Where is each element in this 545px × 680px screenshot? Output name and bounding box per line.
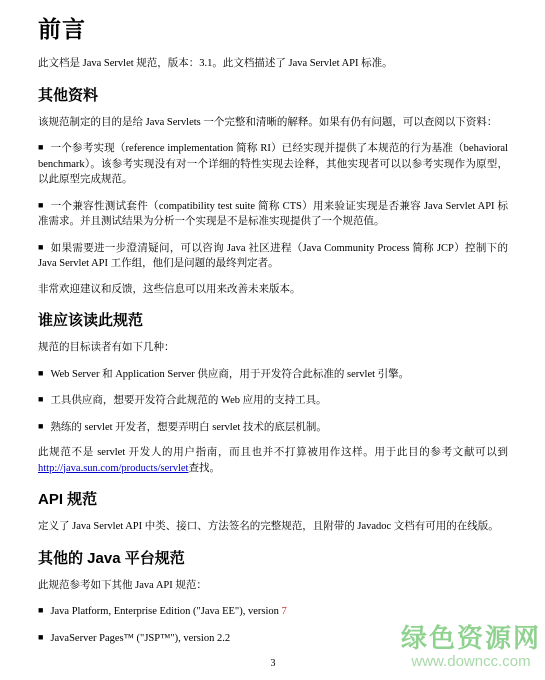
page-title: 前言 <box>38 16 508 43</box>
list-item: ■熟练的 servlet 开发者，想要弄明白 servlet 技术的底层机制。 <box>38 419 508 436</box>
bullet-text: 一个兼容性测试套件（compatibility test suite 简称 CT… <box>38 201 508 228</box>
list-item: ■Java Platform, Enterprise Edition ("Jav… <box>38 603 508 620</box>
bullet-text: 熟练的 servlet 开发者，想要弄明白 servlet 技术的底层机制。 <box>50 422 326 433</box>
bullet-text: Java Platform, Enterprise Edition ("Java… <box>50 606 281 617</box>
bullet-text: 工具供应商，想要开发符合此规范的 Web 应用的支持工具。 <box>50 395 326 406</box>
bullet-square-icon: ■ <box>38 392 43 408</box>
watermark-site-name: 绿色资源网 <box>401 625 541 652</box>
section-heading-api-spec: API 规范 <box>38 491 508 508</box>
list-item: ■Web Server 和 Application Server 供应商，用于开… <box>38 366 508 383</box>
api-spec-paragraph: 定义了 Java Servlet API 中类、接口、方法签名的完整规范，且附带… <box>38 519 508 535</box>
list-item: ■如果需要进一步澄清疑问，可以咨询 Java 社区进程（Java Communi… <box>38 240 508 272</box>
bullet-text: 一个参考实现（reference implementation 简称 RI）已经… <box>38 143 508 185</box>
list-item: ■工具供应商，想要开发符合此规范的 Web 应用的支持工具。 <box>38 392 508 409</box>
intro-paragraph: 此文档是 Java Servlet 规范，版本：3.1。此文档描述了 Java … <box>38 56 508 72</box>
watermark-site-url: www.downcc.com <box>401 654 541 670</box>
bullet-text: JavaServer Pages™ ("JSP™"), version 2.2 <box>50 633 230 644</box>
bullet-square-icon: ■ <box>38 366 43 382</box>
document-page: 前言 此文档是 Java Servlet 规范，版本：3.1。此文档描述了 Ja… <box>0 0 545 680</box>
bullet-square-icon: ■ <box>38 419 43 435</box>
bullet-square-icon: ■ <box>38 630 43 646</box>
bullet-text: Web Server 和 Application Server 供应商，用于开发… <box>50 369 409 380</box>
list-item: ■一个参考实现（reference implementation 简称 RI）已… <box>38 140 508 188</box>
feedback-paragraph: 非常欢迎建议和反馈，这些信息可以用来改善未来版本。 <box>38 282 508 298</box>
note-after-link: 查找。 <box>188 463 220 474</box>
other-resources-lead: 该规范制定的目的是给 Java Servlets 一个完整和清晰的解释。如果有仍… <box>38 115 508 131</box>
who-should-read-lead: 规范的目标读者有如下几种： <box>38 340 508 356</box>
watermark: 绿色资源网 www.downcc.com <box>401 625 541 670</box>
servlet-products-link[interactable]: http://java.sun.com/products/servlet <box>38 463 188 474</box>
bullet-square-icon: ■ <box>38 603 43 619</box>
bullet-square-icon: ■ <box>38 198 43 214</box>
section-heading-who-should-read: 谁应该读此规范 <box>38 312 508 329</box>
section-heading-other-resources: 其他资料 <box>38 87 508 104</box>
version-number-highlight: 7 <box>282 606 287 617</box>
other-java-specs-lead: 此规范参考如下其他 Java API 规范： <box>38 578 508 594</box>
section-heading-other-java-specs: 其他的 Java 平台规范 <box>38 550 508 567</box>
bullet-text: 如果需要进一步澄清疑问，可以咨询 Java 社区进程（Java Communit… <box>38 243 508 270</box>
reference-note-paragraph: 此规范不是 servlet 开发人的用户指南，而且也并不打算被用作这样。用于此目… <box>38 445 508 476</box>
note-before-link: 此规范不是 servlet 开发人的用户指南，而且也并不打算被用作这样。用于此目… <box>38 447 508 458</box>
bullet-square-icon: ■ <box>38 240 43 256</box>
bullet-square-icon: ■ <box>38 140 43 156</box>
list-item: ■一个兼容性测试套件（compatibility test suite 简称 C… <box>38 198 508 230</box>
